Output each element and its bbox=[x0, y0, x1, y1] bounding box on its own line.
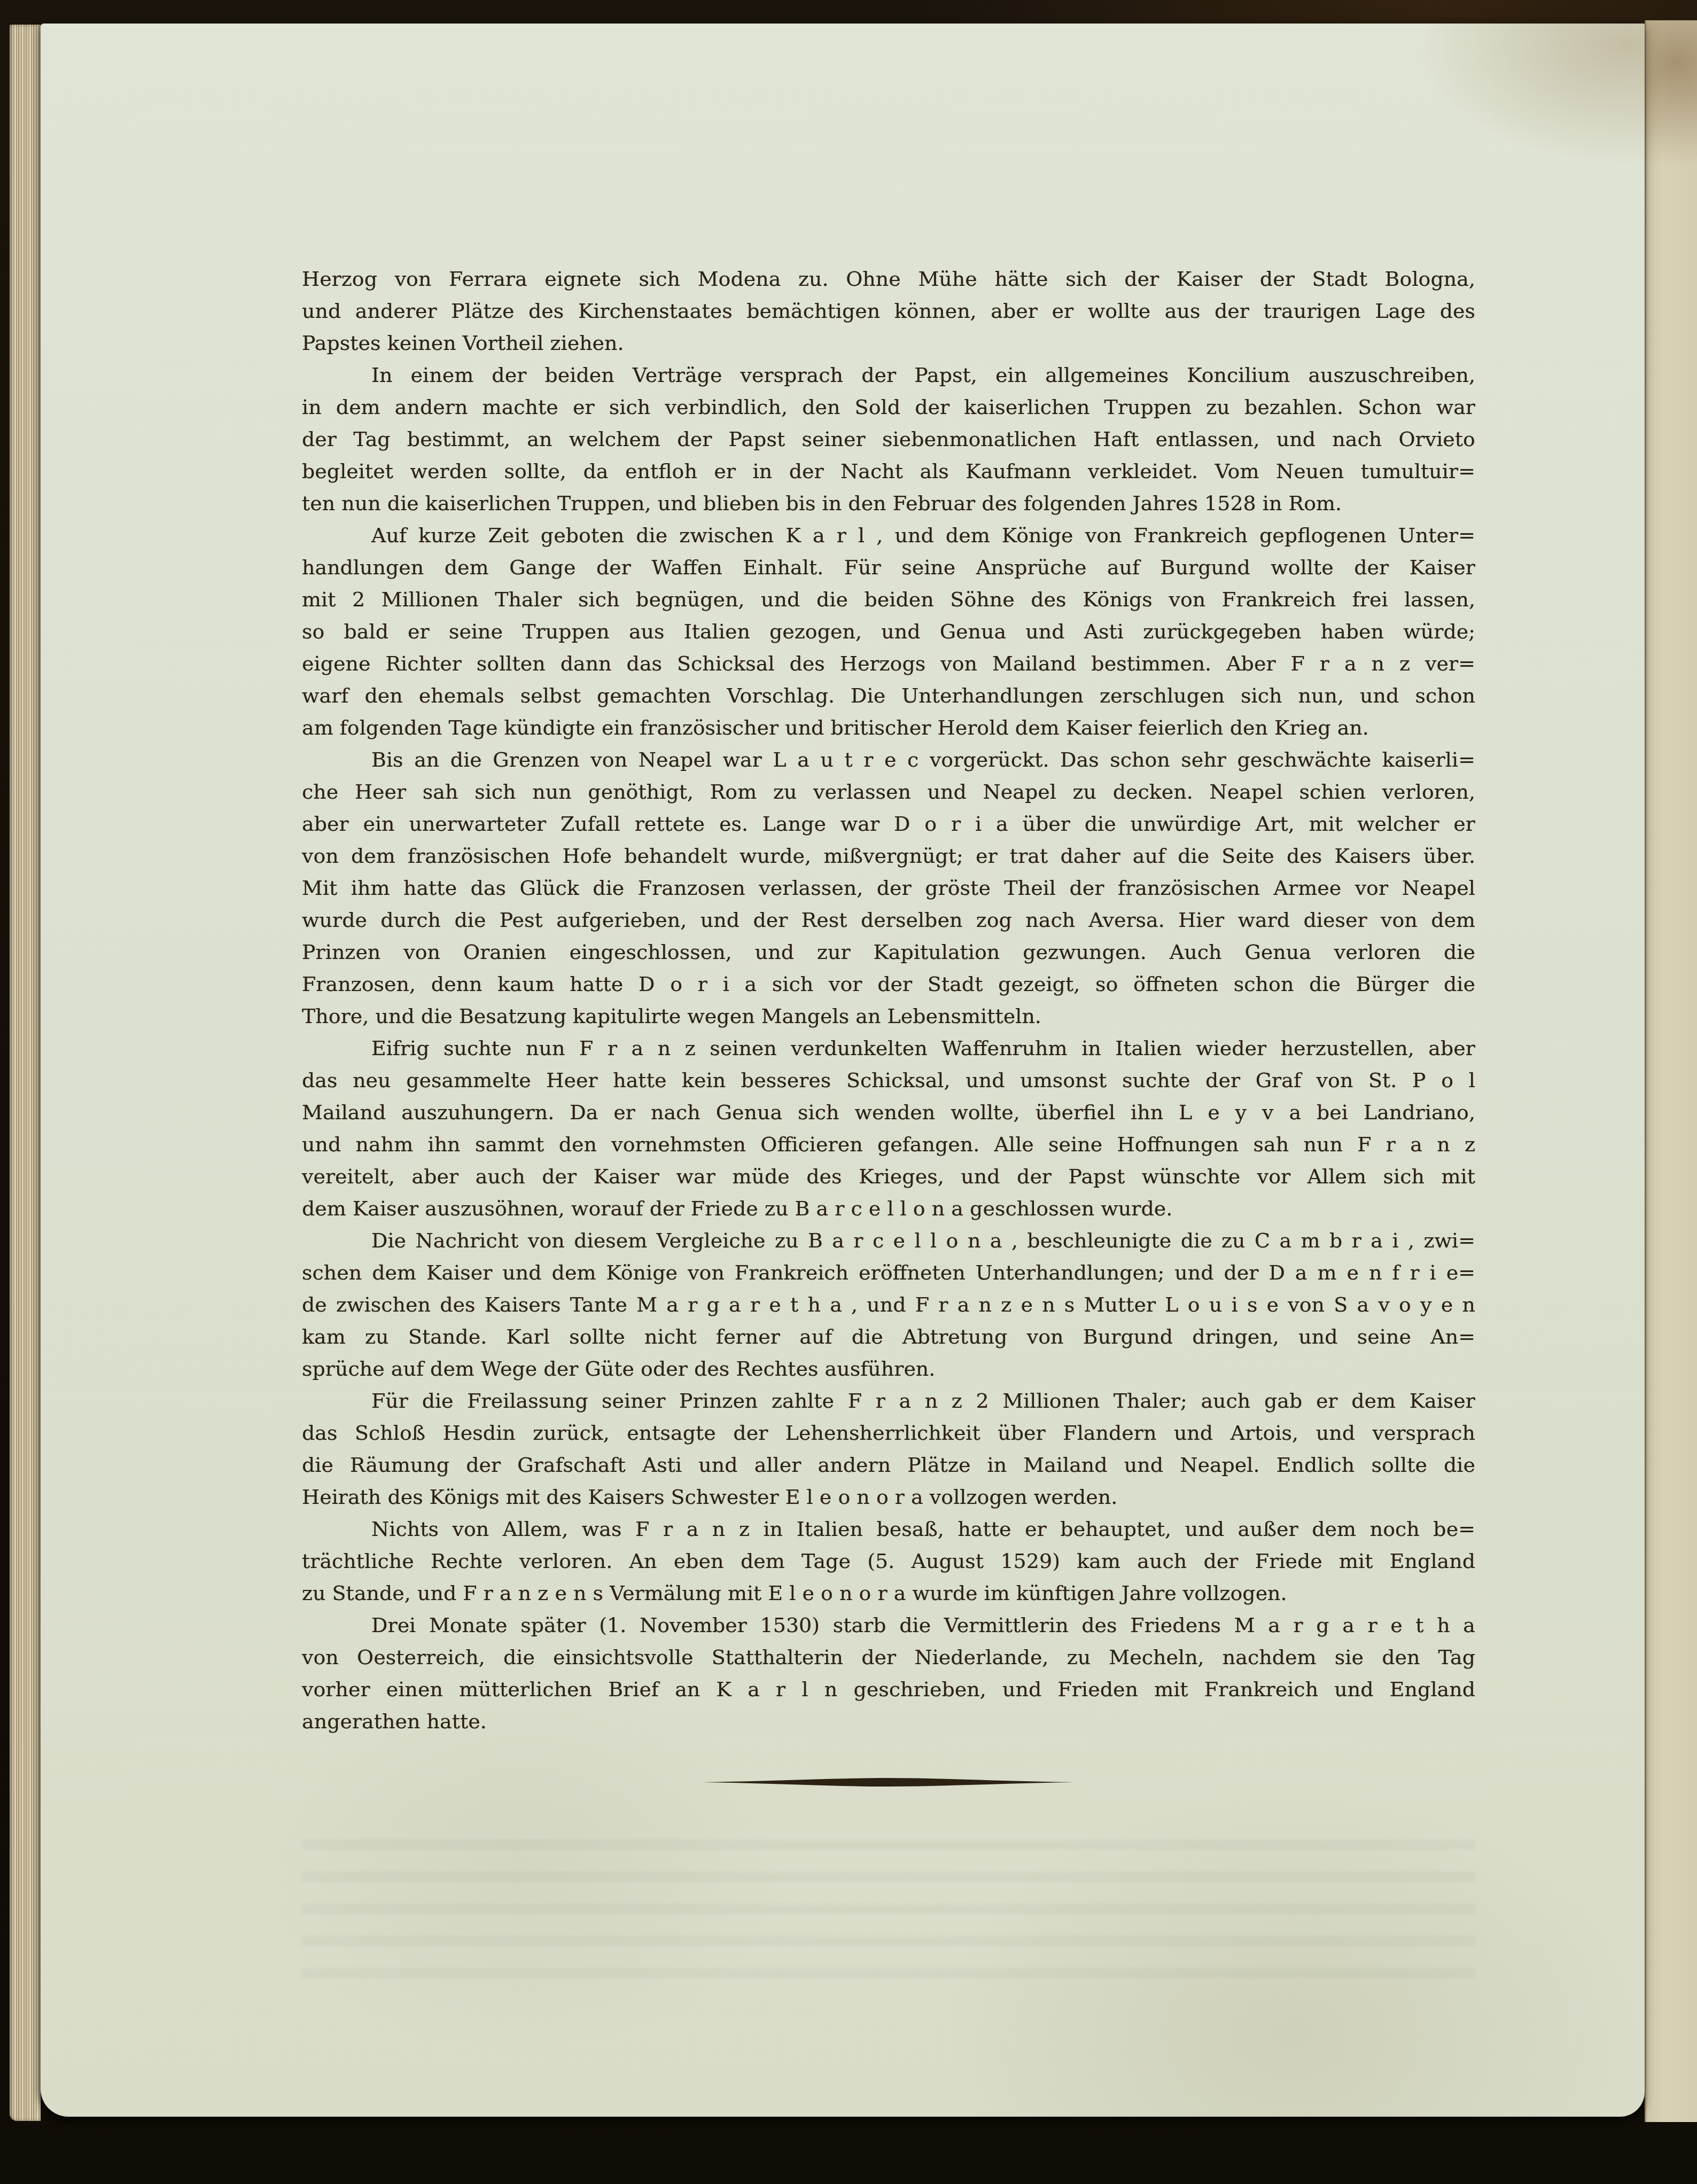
text-line: de zwischen des Kaisers Tante M a r g a … bbox=[302, 1289, 1475, 1321]
text-line: Mit ihm hatte das Glück die Franzosen ve… bbox=[302, 872, 1475, 904]
text-line: Mailand auszuhungern. Da er nach Genua s… bbox=[302, 1096, 1475, 1128]
text-line: Eifrig suchte nun F r a n z seinen verdu… bbox=[302, 1032, 1475, 1064]
text-line: mit 2 Millionen Thaler sich begnügen, un… bbox=[302, 583, 1475, 615]
text-line: begleitet werden sollte, da entfloh er i… bbox=[302, 455, 1475, 487]
book-page: Herzog von Ferrara eignete sich Modena z… bbox=[41, 24, 1645, 2117]
paragraph: Auf kurze Zeit geboten die zwischen K a … bbox=[302, 519, 1475, 744]
text-line: die Räumung der Grafschaft Asti und alle… bbox=[302, 1449, 1475, 1481]
paragraph: Die Nachricht von diesem Vergleiche zu B… bbox=[302, 1224, 1475, 1385]
text-line: warf den ehemals selbst gemachten Vorsch… bbox=[302, 680, 1475, 712]
text-line: Papstes keinen Vortheil ziehen. bbox=[302, 327, 1475, 359]
book-page-edges bbox=[10, 25, 41, 2121]
text-line: das neu gesammelte Heer hatte kein besse… bbox=[302, 1064, 1475, 1096]
text-line: so bald er seine Truppen aus Italien gez… bbox=[302, 615, 1475, 648]
text-line: handlungen dem Gange der Waffen Einhalt.… bbox=[302, 551, 1475, 583]
text-line: von dem französischen Hofe behandelt wur… bbox=[302, 840, 1475, 872]
paragraph: Eifrig suchte nun F r a n z seinen verdu… bbox=[302, 1032, 1475, 1224]
text-line: und nahm ihn sammt den vornehmsten Offic… bbox=[302, 1128, 1475, 1160]
section-divider bbox=[302, 1776, 1475, 1791]
text-line: Die Nachricht von diesem Vergleiche zu B… bbox=[302, 1224, 1475, 1257]
text-line: Auf kurze Zeit geboten die zwischen K a … bbox=[302, 519, 1475, 551]
text-line: vereitelt, aber auch der Kaiser war müde… bbox=[302, 1160, 1475, 1192]
text-line: Bis an die Grenzen von Neapel war L a u … bbox=[302, 744, 1475, 776]
text-line: angerathen hatte. bbox=[302, 1705, 1475, 1737]
text-line: zu Stande, und F r a n z e n s Vermälung… bbox=[302, 1577, 1475, 1609]
verso-bleedthrough bbox=[302, 1819, 1475, 1995]
text-line: der Tag bestimmt, an welchem der Papst s… bbox=[302, 423, 1475, 455]
text-line: Franzosen, denn kaum hatte D o r i a sic… bbox=[302, 968, 1475, 1000]
text-line: und anderer Plätze des Kirchenstaates be… bbox=[302, 295, 1475, 327]
text-line: eigene Richter sollten dann das Schicksa… bbox=[302, 648, 1475, 680]
text-line: wurde durch die Pest aufgerieben, und de… bbox=[302, 904, 1475, 936]
text-line: ten nun die kaiserlichen Truppen, und bl… bbox=[302, 487, 1475, 519]
text-line: Nichts von Allem, was F r a n z in Itali… bbox=[302, 1513, 1475, 1545]
text-line: das Schloß Hesdin zurück, entsagte der L… bbox=[302, 1417, 1475, 1449]
text-line: schen dem Kaiser und dem Könige von Fran… bbox=[302, 1257, 1475, 1289]
text-line: in dem andern machte er sich verbindlich… bbox=[302, 391, 1475, 423]
text-line: sprüche auf dem Wege der Güte oder des R… bbox=[302, 1353, 1475, 1385]
text-line: Für die Freilassung seiner Prinzen zahlt… bbox=[302, 1385, 1475, 1417]
adjacent-page-edge bbox=[1645, 20, 1697, 2122]
text-line: dem Kaiser auszusöhnen, worauf der Fried… bbox=[302, 1192, 1475, 1224]
page-fold-crease bbox=[1645, 20, 1648, 2122]
paragraph: Drei Monate später (1. November 1530) st… bbox=[302, 1609, 1475, 1737]
text-line: In einem der beiden Verträge versprach d… bbox=[302, 359, 1475, 391]
text-line: Drei Monate später (1. November 1530) st… bbox=[302, 1609, 1475, 1641]
paragraph: Für die Freilassung seiner Prinzen zahlt… bbox=[302, 1385, 1475, 1513]
paragraph: Nichts von Allem, was F r a n z in Itali… bbox=[302, 1513, 1475, 1609]
text-line: vorher einen mütterlichen Brief an K a r… bbox=[302, 1673, 1475, 1705]
paragraph: Bis an die Grenzen von Neapel war L a u … bbox=[302, 744, 1475, 1032]
text-line: von Oesterreich, die einsichtsvolle Stat… bbox=[302, 1641, 1475, 1673]
paragraph: In einem der beiden Verträge versprach d… bbox=[302, 359, 1475, 519]
swelled-rule-icon bbox=[702, 1776, 1076, 1789]
text-line: am folgenden Tage kündigte ein französis… bbox=[302, 712, 1475, 744]
text-line: Thore, und die Besatzung kapitulirte weg… bbox=[302, 1000, 1475, 1032]
text-line: che Heer sah sich nun genöthigt, Rom zu … bbox=[302, 776, 1475, 808]
text-line: Heirath des Königs mit des Kaisers Schwe… bbox=[302, 1481, 1475, 1513]
text-line: kam zu Stande. Karl sollte nicht ferner … bbox=[302, 1321, 1475, 1353]
text-line: trächtliche Rechte verloren. An eben dem… bbox=[302, 1545, 1475, 1577]
text-line: Prinzen von Oranien eingeschlossen, und … bbox=[302, 936, 1475, 968]
text-line: aber ein unerwarteter Zufall rettete es.… bbox=[302, 808, 1475, 840]
paragraph: Herzog von Ferrara eignete sich Modena z… bbox=[302, 263, 1475, 359]
page-text: Herzog von Ferrara eignete sich Modena z… bbox=[302, 263, 1475, 1737]
text-line: Herzog von Ferrara eignete sich Modena z… bbox=[302, 263, 1475, 295]
